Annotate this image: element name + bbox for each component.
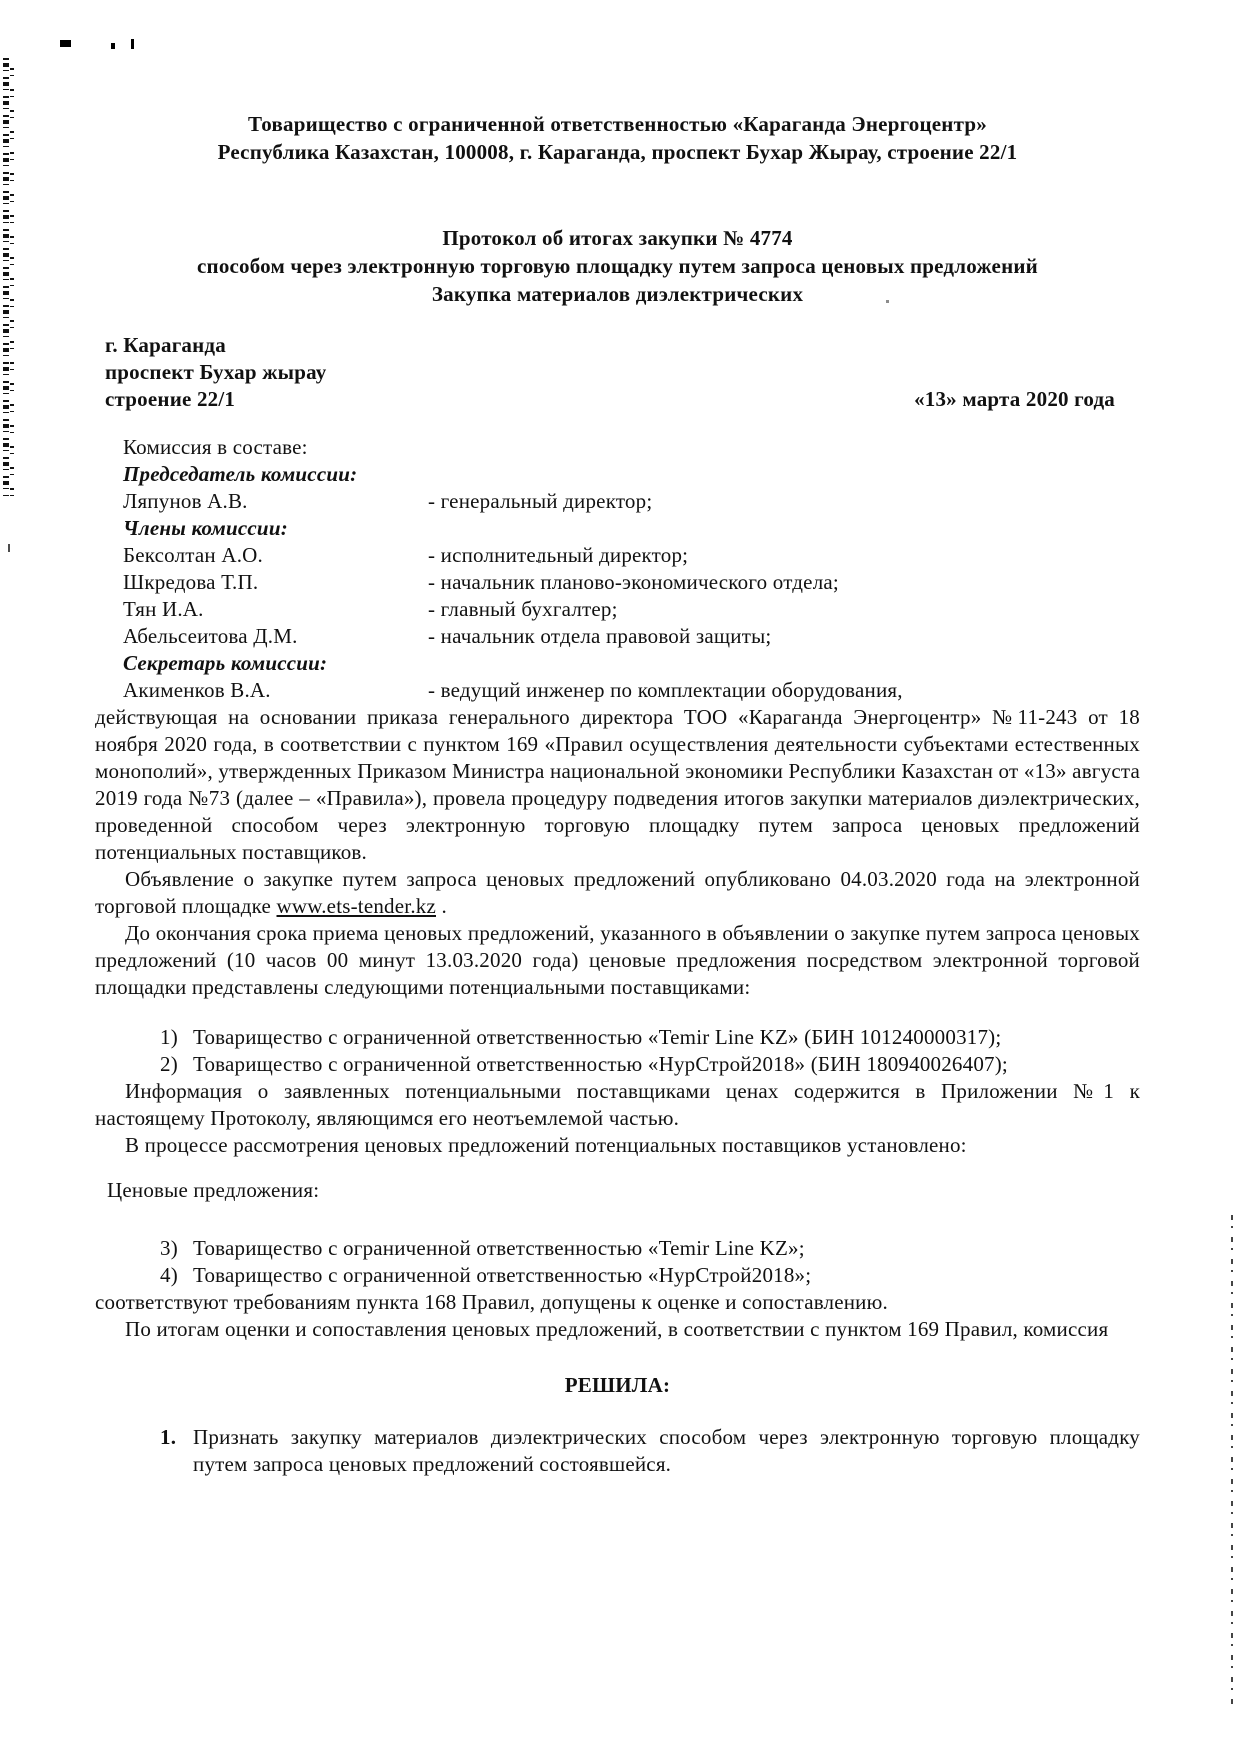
supplier-name: Товарищество с ограниченной ответственно… bbox=[193, 1051, 1140, 1078]
scan-edge-dashed-line bbox=[1231, 1215, 1233, 1705]
place-block: г. Караганда проспект Бухар жырау строен… bbox=[95, 332, 326, 413]
item-number: 2) bbox=[160, 1051, 193, 1078]
decision-heading: РЕШИЛА: bbox=[95, 1372, 1140, 1399]
scan-artifact-strip bbox=[3, 58, 14, 496]
scanned-document-page: { "colors": { "ink": "#111111" }, "heade… bbox=[0, 0, 1240, 1754]
commission-members-label: Члены комиссии: bbox=[123, 515, 1140, 542]
member-name: Тян И.А. bbox=[123, 596, 428, 623]
announcement-tail: . bbox=[436, 894, 447, 918]
supplier-item: 1) Товарищество с ограниченной ответстве… bbox=[160, 1024, 1140, 1051]
item-number: 1) bbox=[160, 1024, 193, 1051]
paragraph-announcement: Объявление о закупке путем запроса ценов… bbox=[95, 866, 1140, 920]
suppliers-list: 1) Товарищество с ограниченной ответстве… bbox=[95, 1024, 1140, 1078]
suppliers-list-evaluated: 3) Товарищество с ограниченной ответстве… bbox=[95, 1235, 1140, 1289]
announcement-text: Объявление о закупке путем запроса ценов… bbox=[95, 867, 1140, 918]
member-role: - ведущий инженер по комплектации оборуд… bbox=[428, 677, 1140, 704]
organization-name: Товарищество с ограниченной ответственно… bbox=[95, 110, 1140, 138]
place-street: проспект Бухар жырау bbox=[105, 359, 326, 386]
ets-tender-link: www.ets-tender.kz bbox=[277, 894, 437, 918]
protocol-date: «13» марта 2020 года bbox=[914, 386, 1115, 413]
commission-member-row: Ляпунов А.В. - генеральный директор; bbox=[123, 488, 1140, 515]
supplier-item: 3) Товарищество с ограниченной ответстве… bbox=[160, 1235, 1140, 1262]
member-role: - генеральный директор; bbox=[428, 488, 1140, 515]
protocol-title-line2: способом через электронную торговую площ… bbox=[95, 252, 1140, 280]
commission-member-row: Акименков В.А. - ведущий инженер по комп… bbox=[123, 677, 1140, 704]
place-and-date-row: г. Караганда проспект Бухар жырау строен… bbox=[95, 332, 1140, 413]
member-role: - исполнительный директор; bbox=[428, 542, 1140, 569]
item-number: 4) bbox=[160, 1262, 193, 1289]
scan-speck bbox=[8, 544, 10, 552]
commission-chair-label: Председатель комиссии: bbox=[123, 461, 1140, 488]
paragraph-basis: действующая на основании приказа генерал… bbox=[95, 704, 1140, 866]
supplier-name: Товарищество с ограниченной ответственно… bbox=[193, 1262, 1140, 1289]
price-offers-label: Ценовые предложения: bbox=[95, 1177, 1140, 1204]
paragraph-deadline: До окончания срока приема ценовых предло… bbox=[95, 920, 1140, 1001]
protocol-title-line3: Закупка материалов диэлектрических bbox=[95, 280, 1140, 308]
paragraph-comply: соответствуют требованиям пункта 168 Пра… bbox=[95, 1289, 1140, 1316]
member-name: Акименков В.А. bbox=[123, 677, 428, 704]
document-content: Товарищество с ограниченной ответственно… bbox=[95, 0, 1140, 1478]
decision-item: 1. Признать закупку материалов диэлектри… bbox=[160, 1424, 1140, 1478]
commission-intro: Комиссия в составе: bbox=[123, 434, 1140, 461]
place-building: строение 22/1 bbox=[105, 386, 326, 413]
organization-header: Товарищество с ограниченной ответственно… bbox=[95, 0, 1140, 166]
document-title: Протокол об итогах закупки № 4774 способ… bbox=[95, 224, 1140, 308]
member-name: Ляпунов А.В. bbox=[123, 488, 428, 515]
supplier-item: 2) Товарищество с ограниченной ответстве… bbox=[160, 1051, 1140, 1078]
member-name: Абельсеитова Д.М. bbox=[123, 623, 428, 650]
supplier-item: 4) Товарищество с ограниченной ответстве… bbox=[160, 1262, 1140, 1289]
paragraph-results: По итогам оценки и сопоставления ценовых… bbox=[95, 1316, 1140, 1343]
paragraph-info: Информация о заявленных потенциальными п… bbox=[95, 1078, 1140, 1132]
commission-member-row: Шкредова Т.П. - начальник планово-эконом… bbox=[123, 569, 1140, 596]
supplier-name: Товарищество с ограниченной ответственно… bbox=[193, 1024, 1140, 1051]
scan-speck bbox=[60, 40, 71, 47]
item-number: 3) bbox=[160, 1235, 193, 1262]
member-role: - главный бухгалтер; bbox=[428, 596, 1140, 623]
commission-secretary-label: Секретарь комиссии: bbox=[123, 650, 1140, 677]
commission-member-row: Абельсеитова Д.М. - начальник отдела пра… bbox=[123, 623, 1140, 650]
member-role: - начальник отдела правовой защиты; bbox=[428, 623, 1140, 650]
member-role: - начальник планово-экономического отдел… bbox=[428, 569, 1140, 596]
member-name: Бексолтан А.О. bbox=[123, 542, 428, 569]
supplier-name: Товарищество с ограниченной ответственно… bbox=[193, 1235, 1140, 1262]
commission-block: Комиссия в составе: Председатель комисси… bbox=[95, 434, 1140, 704]
commission-member-row: Бексолтан А.О. - исполнительный директор… bbox=[123, 542, 1140, 569]
commission-member-row: Тян И.А. - главный бухгалтер; bbox=[123, 596, 1140, 623]
place-city: г. Караганда bbox=[105, 332, 326, 359]
protocol-title-line1: Протокол об итогах закупки № 4774 bbox=[95, 224, 1140, 252]
item-number: 1. bbox=[160, 1424, 193, 1478]
organization-address: Республика Казахстан, 100008, г. Караган… bbox=[95, 138, 1140, 166]
member-name: Шкредова Т.П. bbox=[123, 569, 428, 596]
paragraph-process: В процессе рассмотрения ценовых предложе… bbox=[95, 1132, 1140, 1159]
decision-text: Признать закупку материалов диэлектричес… bbox=[193, 1424, 1140, 1478]
